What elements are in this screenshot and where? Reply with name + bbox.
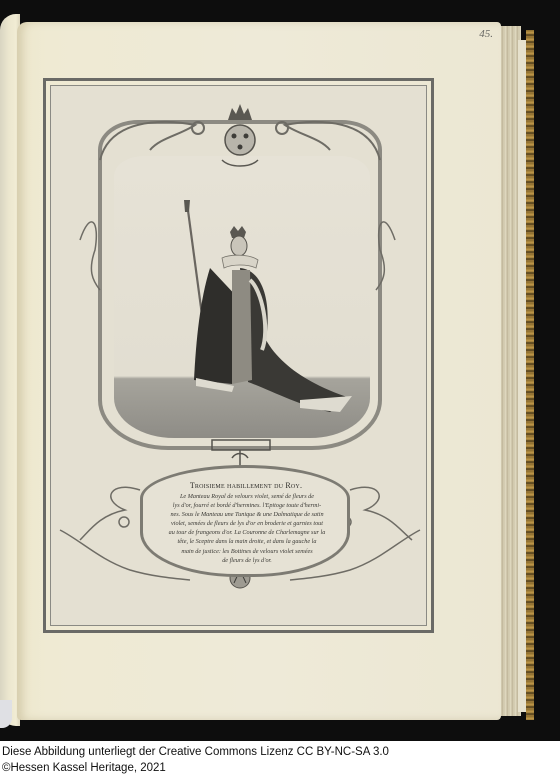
engraving-ornaments [0,0,560,741]
copyright-text: ©Hessen Kassel Heritage, 2021 [2,760,558,776]
caption-line: lys d'or, fourré et bordé d'hermines. l'… [157,501,337,510]
plate-caption: Le Manteau Royal de velours violet, semé… [157,492,337,565]
license-text: Diese Abbildung unterliegt der Creative … [2,744,558,760]
caption-line: tête, le Sceptre dans la main droite, et… [157,537,337,546]
caption-line: nes. Sous le Manteau une Tunique & une D… [157,510,337,519]
king-figure [184,200,352,412]
caption-line: au tour de frangeons d'or. La Couronne d… [157,528,337,537]
caption-line: de fleurs de lys d'or. [157,556,337,565]
plate-title: Troisieme habillement du Roy. [148,481,344,490]
crown-and-arms-icon [222,104,258,166]
caption-line: main de justice: les Bottines de velours… [157,547,337,556]
license-footer: Diese Abbildung unterliegt der Creative … [0,741,560,779]
caption-line: violet, semées de fleurs de lys d'or en … [157,519,337,528]
image-viewer: 45. [0,0,560,741]
caption-line: Le Manteau Royal de velours violet, semé… [157,492,337,501]
